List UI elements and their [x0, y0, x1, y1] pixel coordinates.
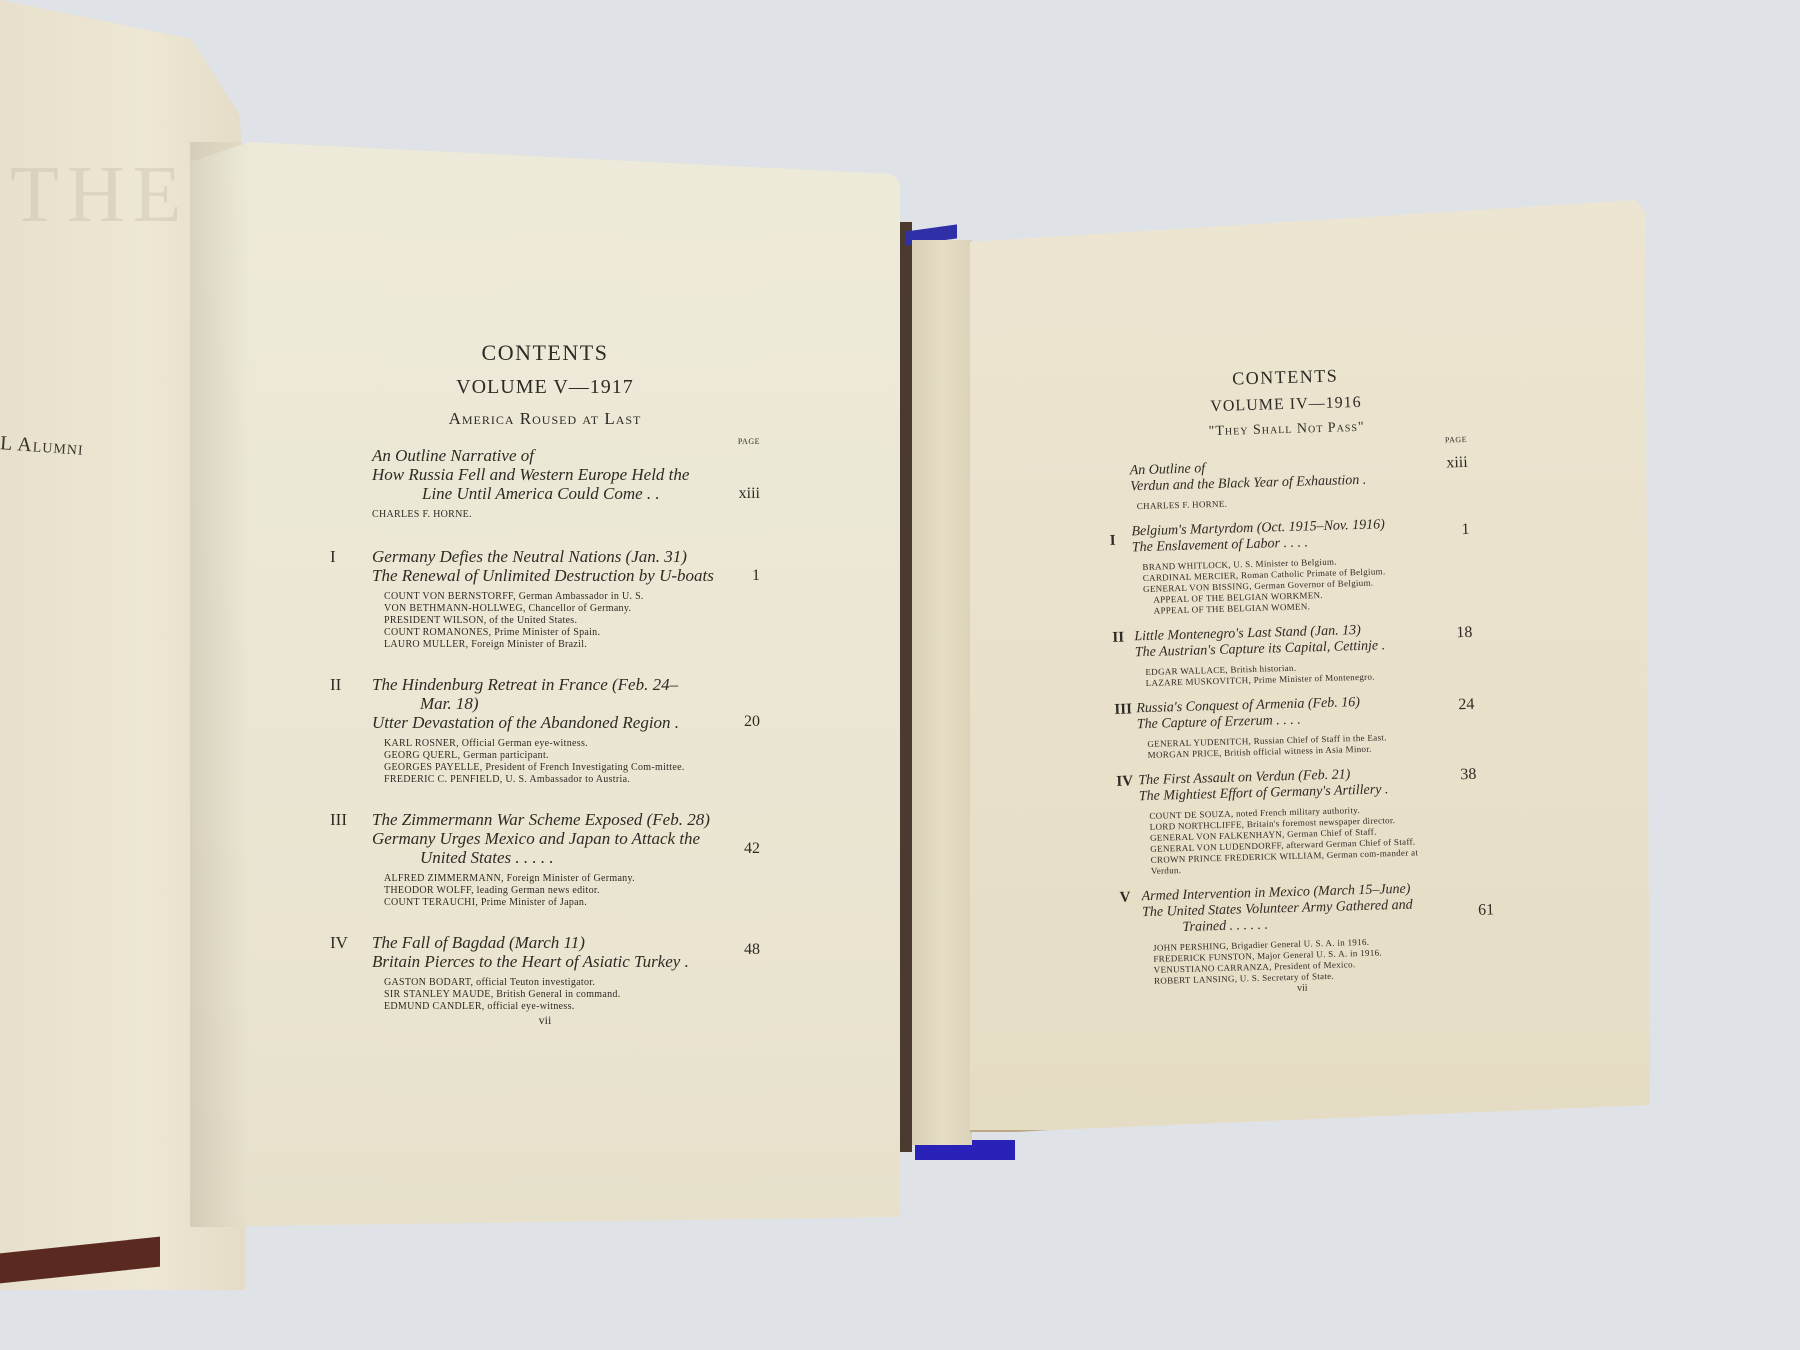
chapter-numeral: II	[330, 675, 341, 695]
toc-entry: I Belgium's Martyrdom (Oct. 1915–Nov. 19…	[1109, 515, 1471, 618]
chapter-numeral: III	[1114, 701, 1132, 718]
entry-authors: EDGAR WALLACE, British historian. LAZARE…	[1135, 659, 1433, 689]
entry-line: An Outline Narrative of	[372, 446, 720, 465]
page-number: xiii	[739, 485, 760, 503]
page-number: 24	[1458, 696, 1474, 714]
entry-title: The First Assault on Verdun (Feb. 21) Th…	[1138, 765, 1437, 805]
page-number: xiii	[1446, 454, 1468, 473]
entry-authors: COUNT DE SOUZA, noted French military au…	[1139, 803, 1439, 877]
toc-intro-entry: An Outline Narrative of How Russia Fell …	[330, 446, 760, 521]
toc-entry: IV The Fall of Bagdad (March 11) Britain…	[330, 933, 760, 1013]
volume-subtitle: America Roused at Last	[330, 409, 760, 429]
entry-line: Germany Defies the Neutral Nations (Jan.…	[372, 547, 720, 566]
volume-v-toc: CONTENTS VOLUME V—1917 America Roused at…	[330, 340, 760, 1028]
entry-line: Mar. 18)	[372, 694, 720, 713]
author-line: GEORG QUERL, German participant.	[384, 750, 720, 762]
entry-title: Armed Intervention in Mexico (March 15–J…	[1141, 881, 1440, 937]
entry-line: Utter Devastation of the Abandoned Regio…	[372, 713, 720, 732]
contents-heading: CONTENTS	[330, 340, 760, 366]
entry-authors: CHARLES F. HORNE.	[1131, 493, 1429, 512]
entry-title: An Outline Narrative of How Russia Fell …	[372, 446, 720, 503]
chapter-numeral: III	[330, 810, 347, 830]
chapter-numeral: IV	[330, 933, 348, 953]
chapter-numeral: V	[1119, 889, 1130, 906]
entry-authors: CHARLES F. HORNE.	[372, 509, 720, 521]
author-line: COUNT VON BERNSTORFF, German Ambassador …	[384, 591, 720, 603]
entry-authors: JOHN PERSHING, Brigadier General U. S. A…	[1143, 935, 1442, 987]
author-line: KARL ROSNER, Official German eye-witness…	[384, 738, 720, 750]
entry-line: United States . . . . .	[372, 848, 720, 867]
chapter-numeral: II	[1112, 630, 1124, 647]
toc-entry: III The Zimmermann War Scheme Exposed (F…	[330, 810, 760, 909]
author-line: FREDERIC C. PENFIELD, U. S. Ambassador t…	[384, 774, 720, 786]
page-number: 61	[1478, 901, 1494, 919]
author-line: PRESIDENT WILSON, of the United States.	[384, 615, 720, 627]
toc-intro-entry: An Outline of Verdun and the Black Year …	[1108, 454, 1469, 513]
book-spine-edge	[900, 222, 912, 1152]
entry-authors: GASTON BODART, official Teuton investiga…	[372, 977, 720, 1013]
author-line: EDMUND CANDLER, official eye-witness.	[384, 1001, 720, 1013]
entry-line: The Renewal of Unlimited Destruction by …	[372, 566, 720, 585]
page-number: 18	[1456, 624, 1472, 642]
alumni-text: L Alumni	[0, 432, 84, 461]
chapter-numeral: IV	[1116, 773, 1133, 790]
author-line: GEORGES PAYELLE, President of French Inv…	[384, 762, 720, 774]
chapter-numeral: I	[1109, 533, 1115, 550]
author-line: COUNT TERAUCHI, Prime Minister of Japan.	[384, 897, 720, 909]
chapter-numeral: I	[330, 547, 336, 567]
entry-line: Germany Urges Mexico and Japan to Attack…	[372, 829, 720, 848]
entry-line: Line Until America Could Come . .	[372, 484, 720, 503]
page-folio: vii	[330, 1013, 760, 1028]
author-line: THEODOR WOLFF, leading German news edito…	[384, 885, 720, 897]
page-column-label: PAGE	[330, 437, 760, 446]
entry-title: Germany Defies the Neutral Nations (Jan.…	[372, 547, 720, 585]
entry-authors: BRAND WHITLOCK, U. S. Minister to Belgiu…	[1132, 554, 1431, 617]
author-line: CHARLES F. HORNE.	[372, 509, 720, 521]
toc-entry: II Little Montenegro's Last Stand (Jan. …	[1112, 620, 1474, 690]
entry-authors: ALFRED ZIMMERMANN, Foreign Minister of G…	[372, 873, 720, 909]
volume-title: VOLUME IV—1916	[1106, 391, 1466, 419]
toc-entry: II The Hindenburg Retreat in France (Feb…	[330, 675, 760, 786]
author-line: SIR STANLEY MAUDE, British General in co…	[384, 989, 720, 1001]
photo-scene: THE OR L Alumni CONTENTS VOLUME V—1917 A…	[0, 0, 1800, 1350]
toc-entry: IV The First Assault on Verdun (Feb. 21)…	[1116, 764, 1479, 878]
entry-authors: COUNT VON BERNSTORFF, German Ambassador …	[372, 591, 720, 651]
author-line: ALFRED ZIMMERMANN, Foreign Minister of G…	[384, 873, 720, 885]
page-number: 20	[744, 713, 760, 731]
entry-title: Little Montenegro's Last Stand (Jan. 13)…	[1134, 621, 1433, 661]
entry-line: Britain Pierces to the Heart of Asiatic …	[372, 952, 720, 971]
author-line: LAURO MULLER, Foreign Minister of Brazil…	[384, 639, 720, 651]
author-line: CHARLES F. HORNE.	[1137, 493, 1429, 512]
page-number: 1	[1461, 521, 1469, 539]
entry-line: The Hindenburg Retreat in France (Feb. 2…	[372, 675, 720, 694]
author-line: VON BETHMANN-HOLLWEG, Chancellor of Germ…	[384, 603, 720, 615]
volume-iv-gutter	[912, 240, 972, 1145]
page-number: 1	[752, 567, 760, 585]
page-number: 38	[1460, 766, 1476, 784]
volume-iv-toc: CONTENTS VOLUME IV—1916 "They Shall Not …	[1105, 362, 1482, 999]
entry-line: The Zimmermann War Scheme Exposed (Feb. …	[372, 810, 720, 829]
entry-line: How Russia Fell and Western Europe Held …	[372, 465, 720, 484]
toc-entry: III Russia's Conquest of Armenia (Feb. 1…	[1114, 692, 1476, 762]
entry-title: Belgium's Martyrdom (Oct. 1915–Nov. 1916…	[1131, 516, 1430, 556]
entry-authors: GENERAL YUDENITCH, Russian Chief of Staf…	[1137, 731, 1435, 761]
page-number: 42	[744, 840, 760, 858]
page-number: 48	[744, 941, 760, 959]
author-line: GASTON BODART, official Teuton investiga…	[384, 977, 720, 989]
entry-line: The Fall of Bagdad (March 11)	[372, 933, 720, 952]
entry-title: The Zimmermann War Scheme Exposed (Feb. …	[372, 810, 720, 867]
author-line: COUNT ROMANONES, Prime Minister of Spain…	[384, 627, 720, 639]
toc-entry: V Armed Intervention in Mexico (March 15…	[1119, 880, 1482, 988]
volume-title: VOLUME V—1917	[330, 376, 760, 399]
toc-entry: I Germany Defies the Neutral Nations (Ja…	[330, 547, 760, 651]
entry-authors: KARL ROSNER, Official German eye-witness…	[372, 738, 720, 786]
entry-title: Russia's Conquest of Armenia (Feb. 16) T…	[1136, 693, 1435, 733]
entry-title: The Hindenburg Retreat in France (Feb. 2…	[372, 675, 720, 732]
page-curve-shadow	[190, 142, 250, 1227]
entry-title: The Fall of Bagdad (March 11) Britain Pi…	[372, 933, 720, 971]
entry-title: An Outline of Verdun and the Black Year …	[1130, 455, 1429, 495]
